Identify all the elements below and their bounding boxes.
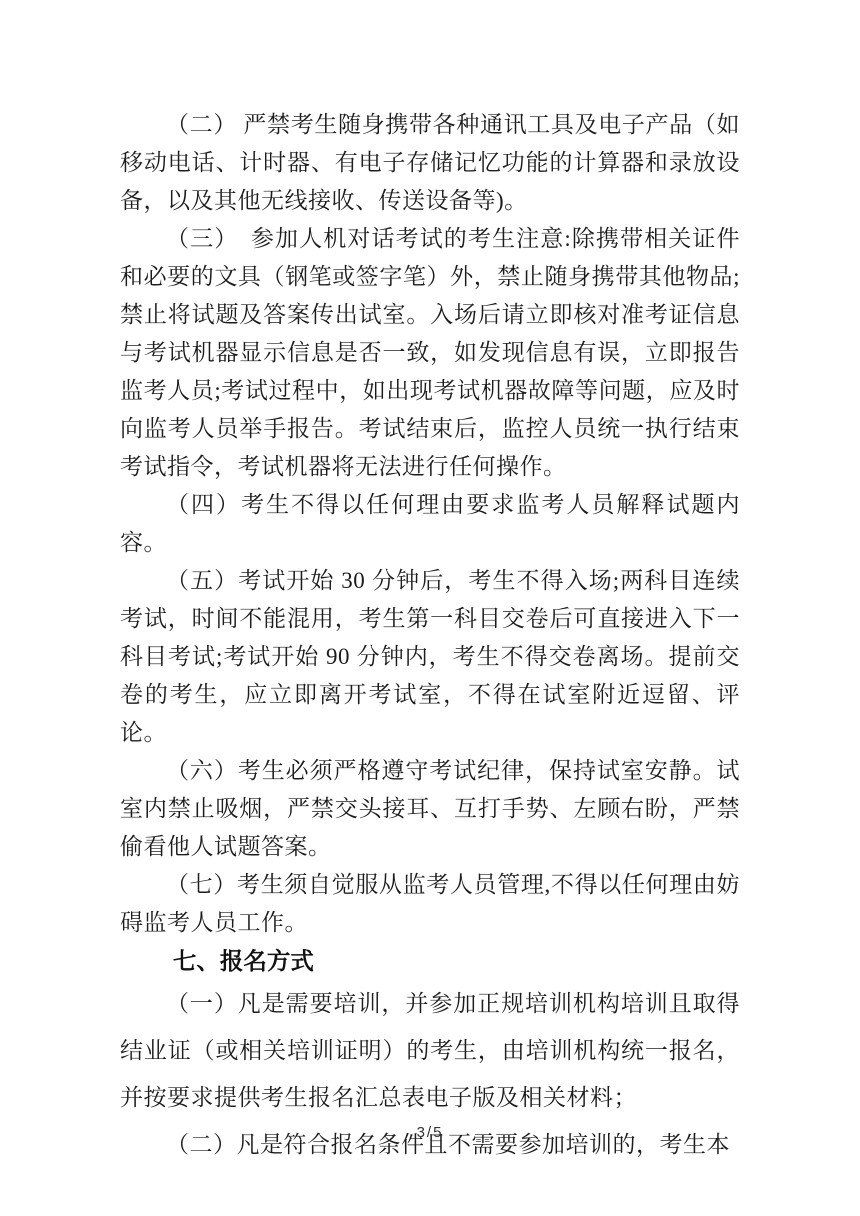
page-number: 3/5 [0,1124,860,1141]
paragraph-rule-6: （六）考生必须严格遵守考试纪律，保持试室安静。试室内禁止吸烟，严禁交头接耳、互打… [120,752,740,866]
paragraph-registration-1: （一）凡是需要培训，并参加正规培训机构培训且取得结业证（或相关培训证明）的考生，… [120,980,740,1121]
document-page: （二） 严禁考生随身携带各种通讯工具及电子产品（如移动电话、计时器、有电子存储记… [0,0,860,1216]
paragraph-rule-3: （三） 参加人机对话考试的考生注意:除携带相关证件和必要的文具（钢笔或签字笔）外… [120,220,740,486]
section-heading-registration-method: 七、报名方式 [120,942,740,980]
paragraph-rule-2: （二） 严禁考生随身携带各种通讯工具及电子产品（如移动电话、计时器、有电子存储记… [120,106,740,220]
paragraph-rule-7: （七）考生须自觉服从监考人员管理,不得以任何理由妨碍监考人员工作。 [120,866,740,942]
paragraph-rule-5: （五）考试开始 30 分钟后，考生不得入场;两科目连续考试，时间不能混用，考生第… [120,562,740,752]
paragraph-rule-4: （四）考生不得以任何理由要求监考人员解释试题内容。 [120,486,740,562]
document-content: （二） 严禁考生随身携带各种通讯工具及电子产品（如移动电话、计时器、有电子存储记… [120,106,740,1168]
